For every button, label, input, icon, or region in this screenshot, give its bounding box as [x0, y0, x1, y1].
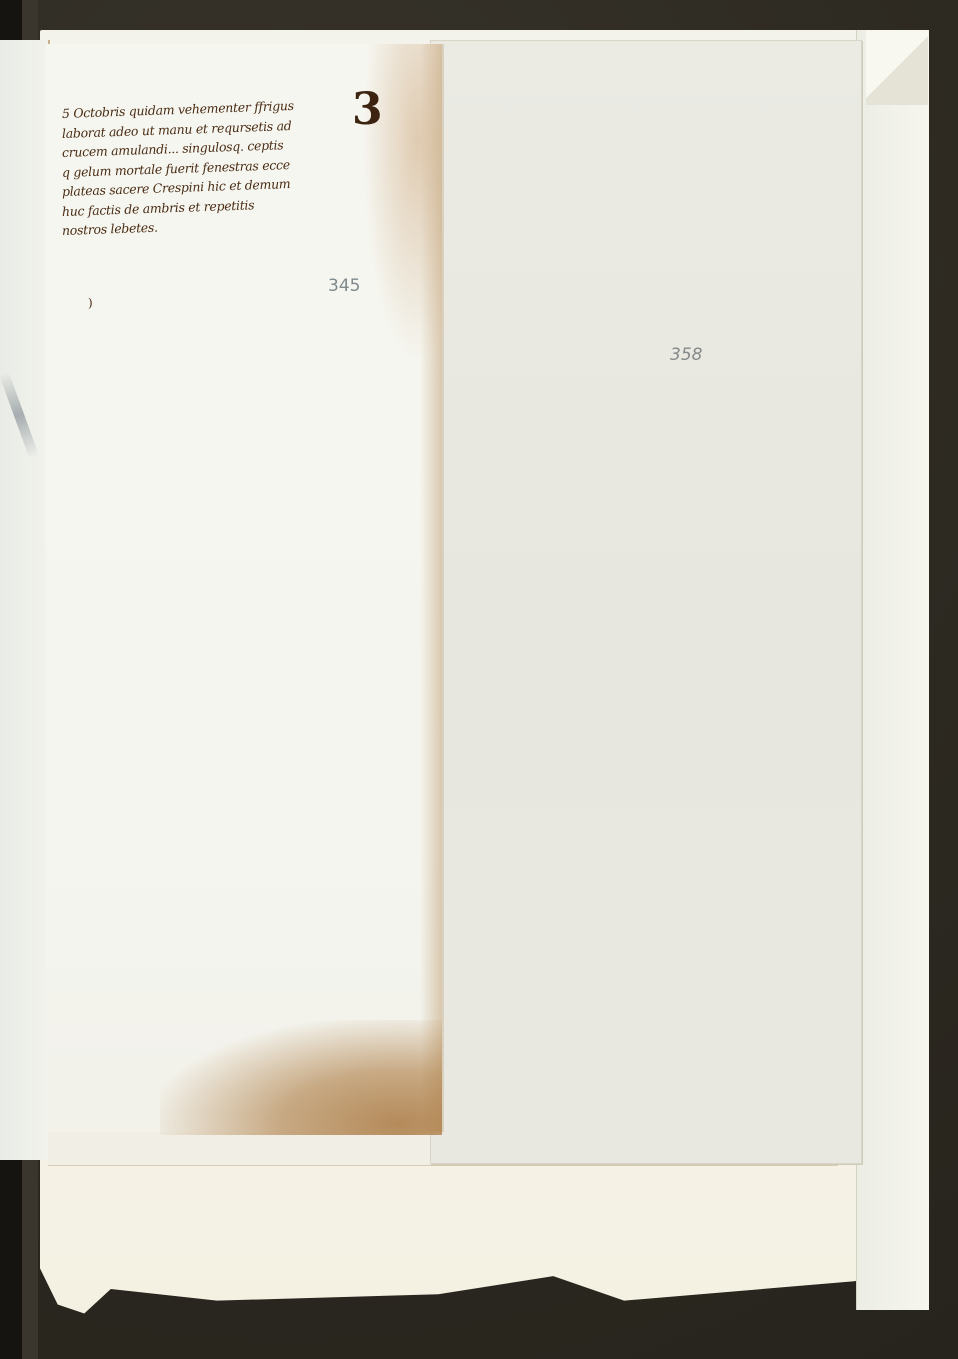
folded-corner [866, 30, 928, 105]
right-leaf [430, 40, 862, 1164]
facing-page-edge [0, 40, 50, 1160]
water-stain-bottom [160, 1020, 442, 1135]
margin-mark: ) [88, 296, 93, 310]
smudge-mark [0, 371, 39, 459]
guard-strip [856, 30, 929, 1310]
pencil-folio-left: 345 [328, 276, 360, 296]
pencil-folio-right: 358 [670, 345, 702, 365]
handwritten-text: 5 Octobris quidam vehementer ffrigus lab… [62, 104, 412, 241]
water-stain-edge [420, 44, 442, 1132]
